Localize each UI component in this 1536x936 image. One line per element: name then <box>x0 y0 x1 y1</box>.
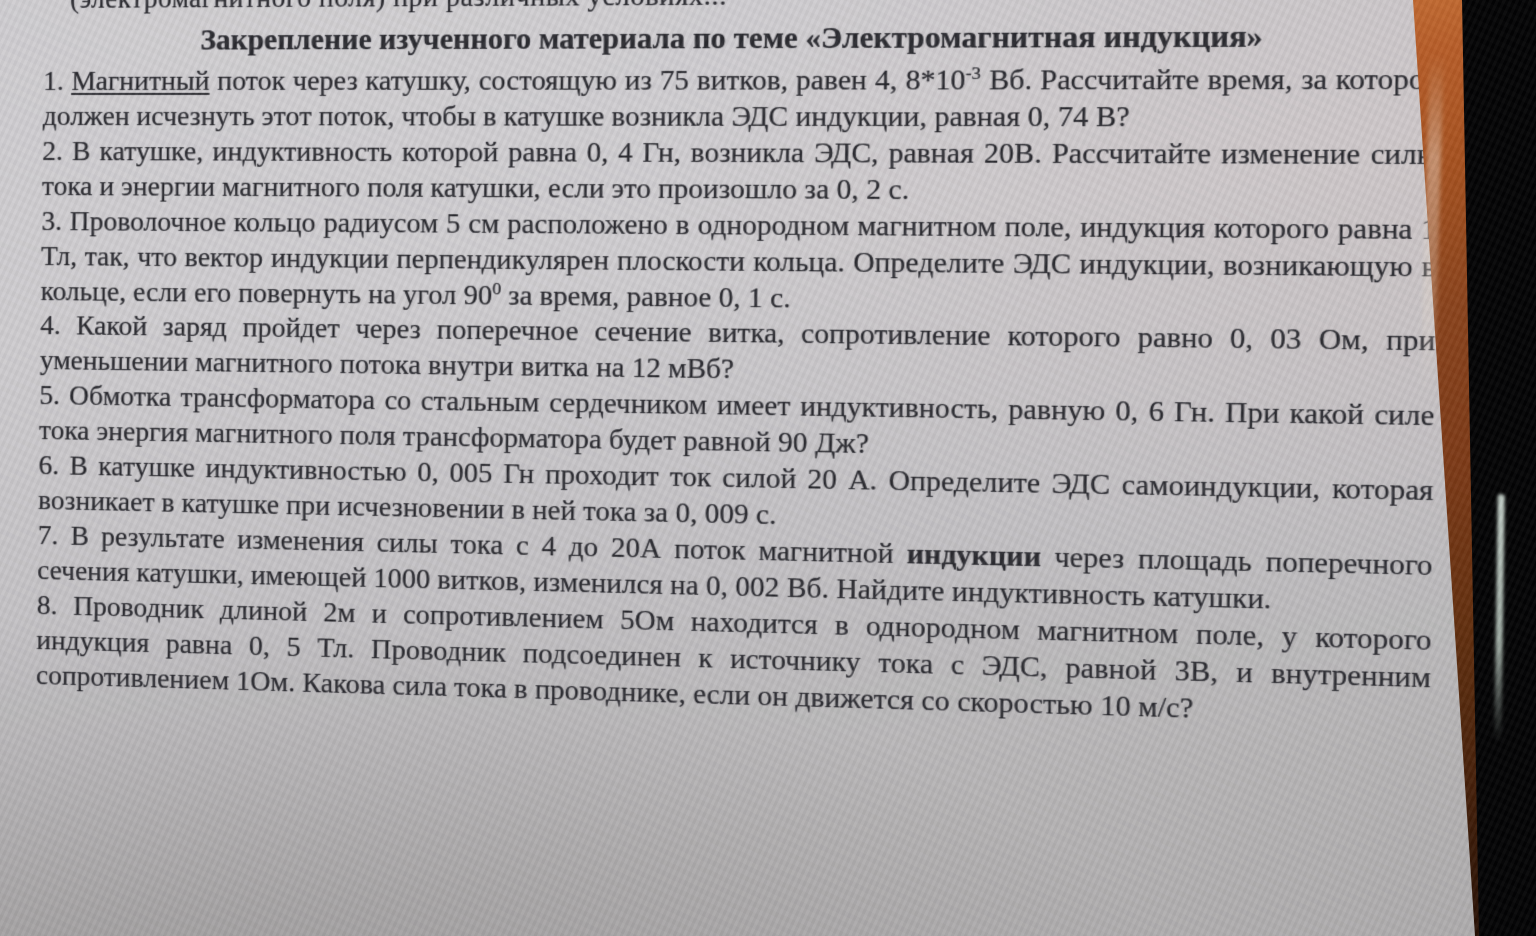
problem-paragraph: 3. Проволочное кольцо радиусом 5 см расп… <box>40 204 1437 323</box>
partial-top-line: (электромагнитного поля) при различных у… <box>70 0 1440 15</box>
problem-paragraph: 1. Магнитный поток через катушку, состоя… <box>43 61 1440 136</box>
page-title: Закрепление изученного материала по теме… <box>44 20 1440 58</box>
problems-list: 1. Магнитный поток через катушку, состоя… <box>36 61 1439 734</box>
worksheet-photo: (электромагнитного поля) при различных у… <box>0 0 1536 936</box>
problem-paragraph: 2. В катушке, индуктивность которой равн… <box>42 134 1438 211</box>
worksheet-page: (электромагнитного поля) при различных у… <box>36 0 1440 734</box>
